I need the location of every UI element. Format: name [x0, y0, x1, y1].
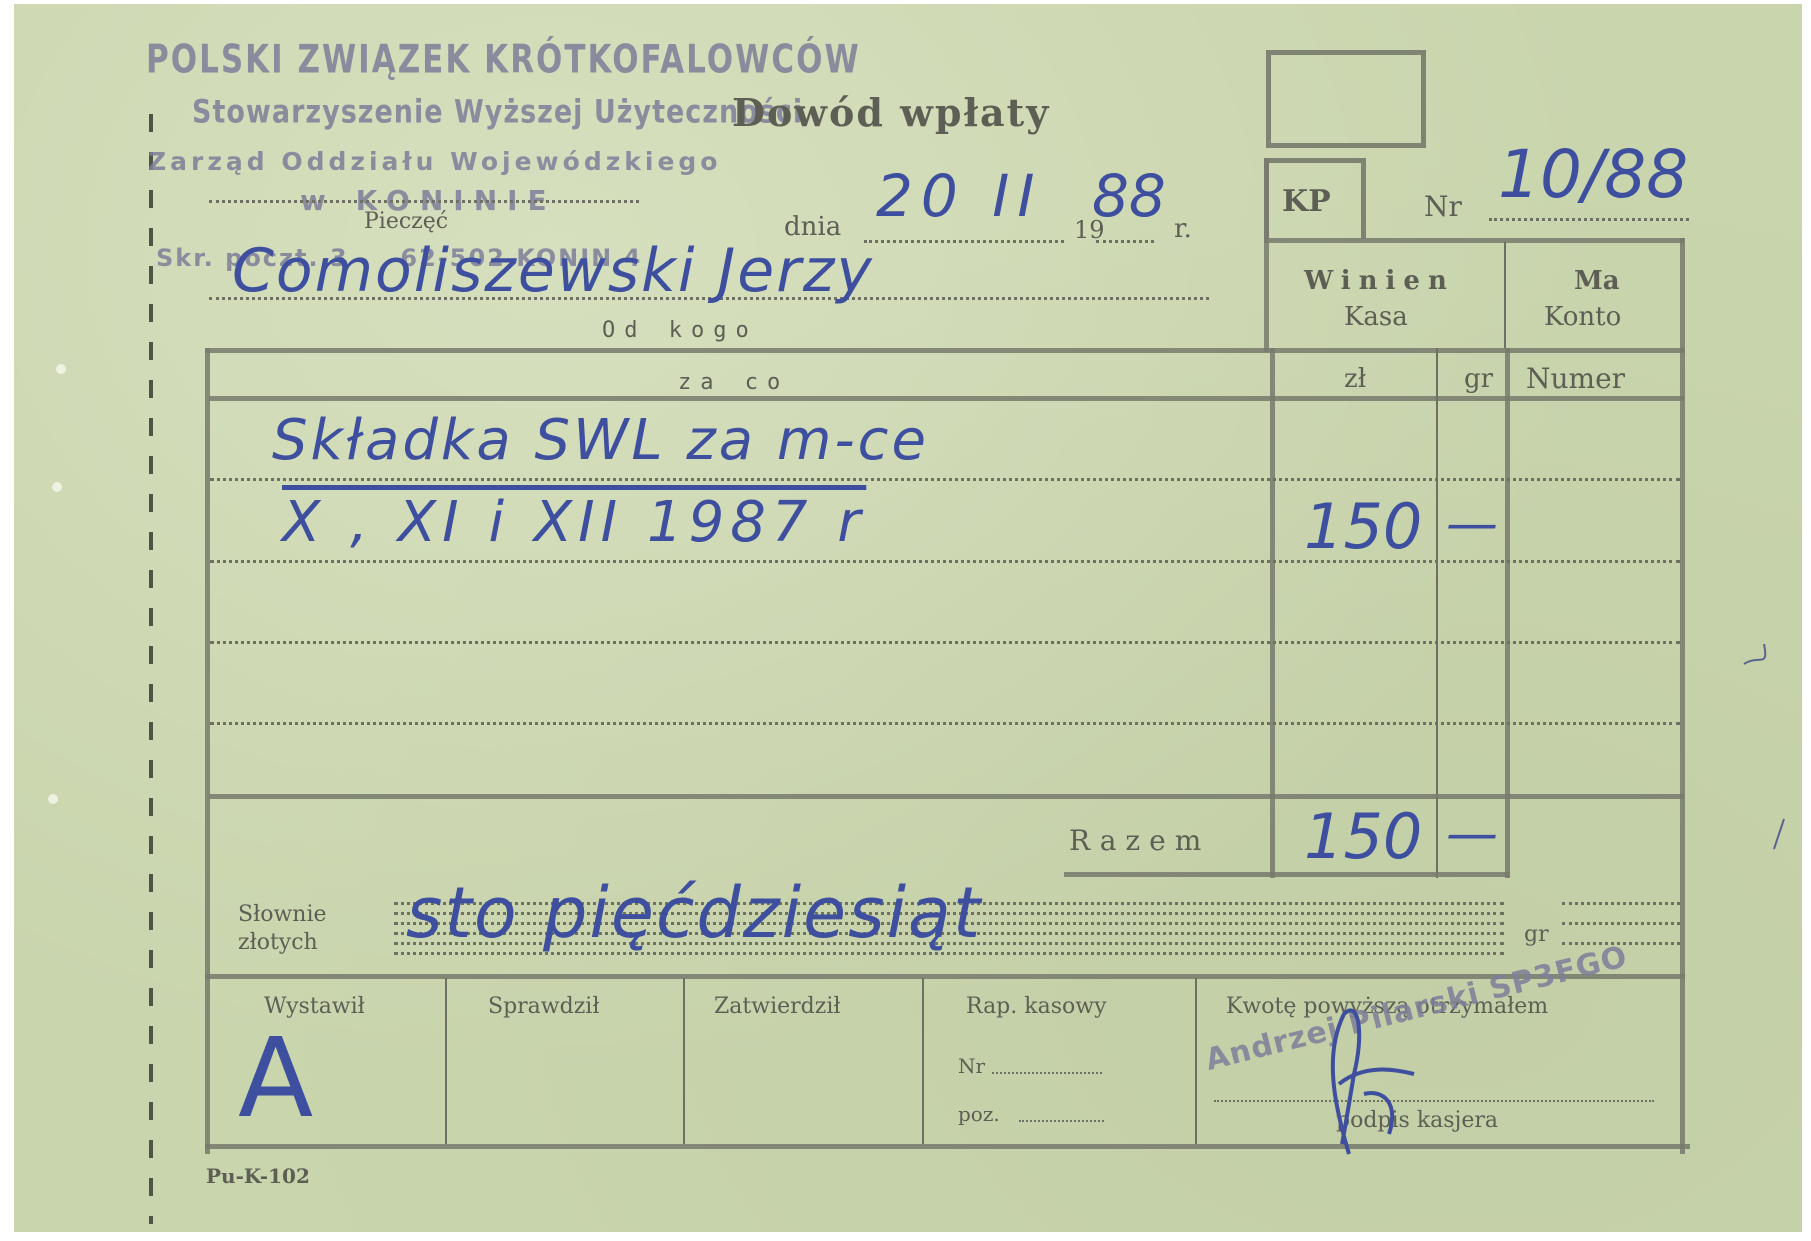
cash-report-nr-label: Nr [958, 1054, 985, 1078]
nr-label: Nr [1424, 190, 1462, 223]
in-words-label-1: Słownie [238, 902, 327, 927]
cash-report-label: Rap. kasowy [966, 994, 1107, 1019]
table-row-description: X , XI i XII 1987 r [282, 490, 866, 555]
year-suffix: r. [1174, 214, 1192, 244]
form-code: Pu-K-102 [206, 1164, 310, 1188]
org-stamp-line2: Stowarzyszenie Wyższej Użyteczności [192, 94, 803, 131]
checked-by-label: Sprawdził [488, 994, 599, 1019]
punch-hole [56, 364, 66, 374]
form-title: Dowód wpłaty [732, 90, 1050, 135]
total-label: Razem [1069, 824, 1210, 857]
gr-header: gr [1464, 364, 1493, 394]
blank-box [1266, 50, 1426, 148]
year-value: 88 [1092, 162, 1166, 230]
kp-label: KP [1282, 184, 1331, 219]
pen-marks [1734, 624, 1794, 884]
kasa-label: Kasa [1344, 302, 1408, 332]
perforation-line [149, 114, 153, 1224]
purpose-header: za co [678, 370, 789, 395]
numer-header: Numer [1526, 362, 1625, 395]
winien-label: Winien [1304, 266, 1455, 296]
receipt-paper: POLSKI ZWIĄZEK KRÓTKOFALOWCÓW Stowarzysz… [14, 4, 1802, 1232]
ma-label: Ma [1574, 266, 1620, 296]
stamp-label: Pieczęć [364, 209, 448, 234]
konto-label: Konto [1544, 302, 1621, 332]
total-zl: 150 [1304, 800, 1422, 873]
nr-field-line [1489, 218, 1689, 221]
cashier-signature [1304, 994, 1424, 1164]
total-gr: — [1446, 804, 1498, 864]
table-row-zl: 150 [1304, 490, 1422, 563]
org-stamp-line1: POLSKI ZWIĄZEK KRÓTKOFALOWCÓW [146, 38, 861, 83]
from-label: Od kogo [602, 318, 758, 343]
cash-report-poz-label: poz. [958, 1102, 1000, 1126]
in-words-gr-label: gr [1524, 922, 1549, 947]
in-words-label-2: złotych [238, 930, 318, 955]
year-field-line [1096, 240, 1154, 243]
table-row-description: Składka SWL za m-ce [272, 408, 929, 473]
stamp-field-line [209, 200, 639, 203]
date-field-line [864, 240, 1064, 243]
in-words-value: sto pięćdziesiąt [406, 872, 982, 954]
issued-by-signature: A [238, 1014, 313, 1142]
zl-header: zł [1344, 364, 1366, 394]
from-value: Comoliszewski Jerzy [232, 236, 874, 306]
date-value: 20 II [876, 162, 1042, 230]
punch-hole [52, 482, 62, 492]
org-stamp-line3: Zarząd Oddziału Wojewódzkiego [148, 147, 721, 176]
nr-value: 10/88 [1498, 136, 1688, 213]
table-row-gr: — [1446, 494, 1498, 554]
punch-hole [48, 794, 58, 804]
approved-by-label: Zatwierdził [714, 994, 841, 1019]
